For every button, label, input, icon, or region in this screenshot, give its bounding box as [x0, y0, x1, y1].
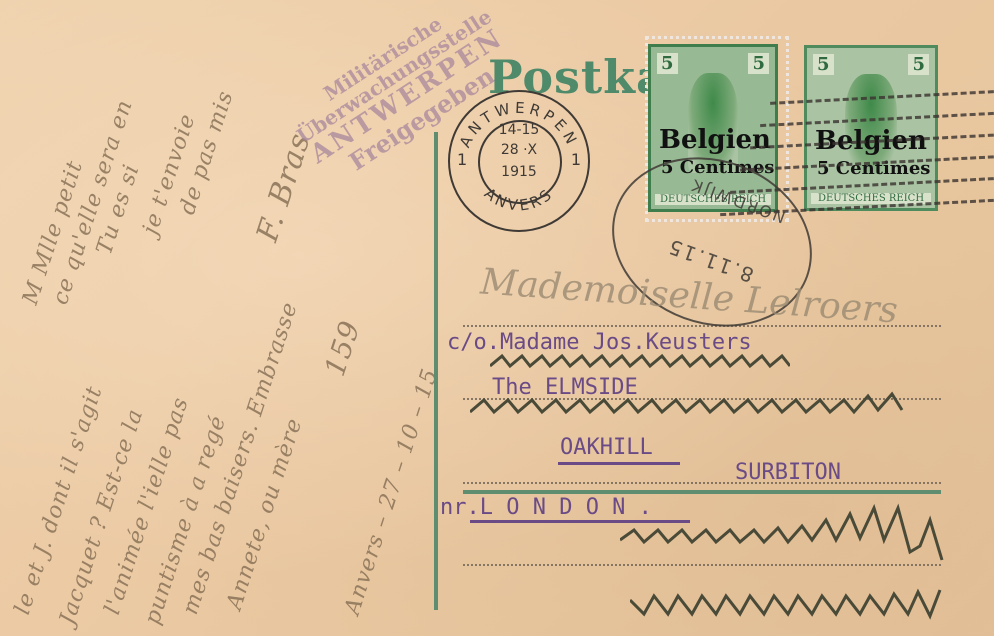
address-line-dots	[463, 482, 941, 484]
address-line-4: SURBITON	[735, 460, 841, 485]
divider-horizontal	[463, 490, 941, 494]
postmark-date: 28 ·X	[450, 142, 588, 158]
date-line: Anvers – 27 – 10 – 15	[340, 365, 443, 617]
reference-number: 159	[318, 316, 367, 380]
postcard: M Mlle petit ce qu'elle sera en Tu es si…	[0, 0, 994, 636]
postmark-time: 14-15	[450, 122, 588, 138]
postmark-year: 1915	[450, 164, 588, 180]
address-line-3: OAKHILL	[560, 435, 653, 460]
stamp-value-right: 5	[748, 53, 769, 74]
svg-text:ANVERS: ANVERS	[481, 184, 557, 214]
stamp-value-left: 5	[657, 53, 678, 74]
strike-through-zigzag	[490, 348, 790, 374]
strike-through-zigzag	[620, 500, 950, 570]
arrival-place: NORDWIJK	[688, 175, 788, 227]
stamp-value-left: 5	[813, 54, 834, 75]
strike-through-zigzag	[470, 390, 910, 422]
strike-through-zigzag	[630, 582, 950, 622]
stamp-value-right: 5	[908, 54, 929, 75]
divider-vertical	[434, 132, 438, 610]
postmark-bottom-text: ANVERS	[481, 184, 557, 214]
underline-oakhill	[558, 462, 680, 465]
stamp-overprint-country: Belgien	[659, 125, 771, 155]
postmark-antwerpen: ANTWERPEN ANVERS 1 1 14-15 28 ·X 1915	[448, 90, 590, 232]
